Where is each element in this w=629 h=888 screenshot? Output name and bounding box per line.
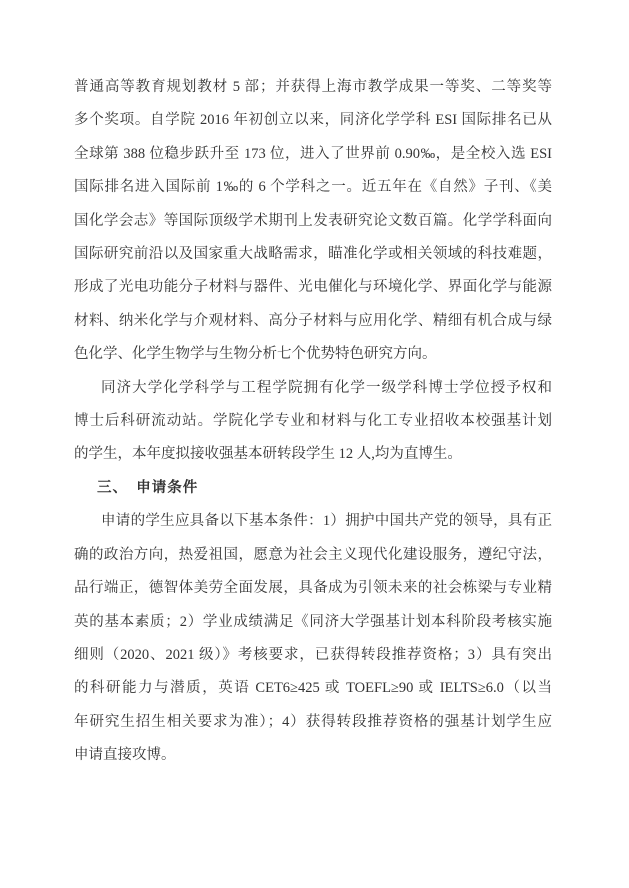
para2-line-3: 的学生，本年度拟接收强基本研转段学生 12 人,均为直博生。 <box>74 438 552 471</box>
para1-line-2: 多个奖项。自学院 2016 年初创立以来，同济化学学科 ESI 国际排名已从 <box>74 104 552 137</box>
para2-line-1: 同济大学化学科学与工程学院拥有化学一级学科博士学位授予权和 <box>74 372 552 405</box>
para3-line-3: 品行端正，德智体美劳全面发展，具备成为引领未来的社会栋梁与专业精 <box>74 572 552 605</box>
para1-line-7: 形成了光电功能分子材料与器件、光电催化与环境化学、界面化学与能源 <box>74 271 552 304</box>
para3-line-5: 细则（2020、2021 级）》考核要求，已获得转段推荐资格；3）具有突出 <box>74 639 552 672</box>
para1-line-5: 国化学会志》等国际顶级学术期刊上发表研究论文数百篇。化学学科面向 <box>74 205 552 238</box>
para1-line-4: 国际排名进入国际前 1‰的 6 个学科之一。近五年在《自然》子刊、《美 <box>74 171 552 204</box>
para1-line-9: 色化学、化学生物学与生物分析七个优势特色研究方向。 <box>74 338 552 371</box>
document-body: 普通高等教育规划教材 5 部；并获得上海市教学成果一等奖、二等奖等 多个奖项。自… <box>74 71 552 773</box>
para3-line-4: 英的基本素质；2）学业成绩满足《同济大学强基计划本科阶段考核实施 <box>74 606 552 639</box>
para3-line-2: 确的政治方向，热爱祖国，愿意为社会主义现代化建设服务，遵纪守法， <box>74 539 552 572</box>
section-heading: 三、 申请条件 <box>74 472 552 505</box>
para1-line-8: 材料、纳米化学与介观材料、高分子材料与应用化学、精细有机合成与绿 <box>74 305 552 338</box>
para2-line-2: 博士后科研流动站。学院化学专业和材料与化工专业招收本校强基计划 <box>74 405 552 438</box>
para3-line-7: 年研究生招生相关要求为准）；4）获得转段推荐资格的强基计划学生应 <box>74 706 552 739</box>
document-page: 普通高等教育规划教材 5 部；并获得上海市教学成果一等奖、二等奖等 多个奖项。自… <box>0 0 629 888</box>
para3-line-6: 的科研能力与潜质，英语 CET6≥425 或 TOEFL≥90 或 IELTS≥… <box>74 672 552 705</box>
para1-line-1: 普通高等教育规划教材 5 部；并获得上海市教学成果一等奖、二等奖等 <box>74 71 552 104</box>
para1-line-3: 全球第 388 位稳步跃升至 173 位，进入了世界前 0.90‰，是全校入选 … <box>74 138 552 171</box>
para1-line-6: 国际研究前沿以及国家重大战略需求，瞄准化学或相关领域的科技难题， <box>74 238 552 271</box>
para3-line-8: 申请直接攻博。 <box>74 739 552 772</box>
para3-line-1: 申请的学生应具备以下基本条件：1）拥护中国共产党的领导，具有正 <box>74 505 552 538</box>
